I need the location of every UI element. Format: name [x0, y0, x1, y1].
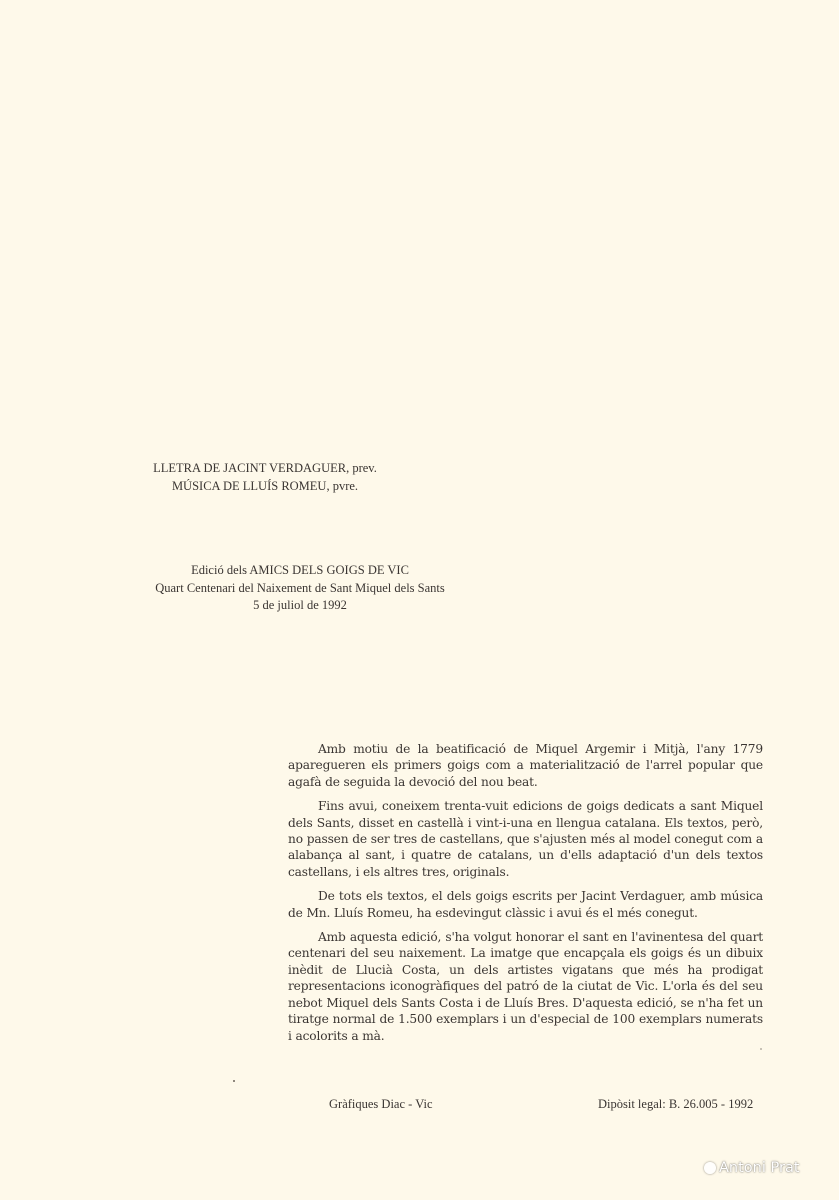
credits-block: LLETRA DE JACINT VERDAGUER, prev. MÚSICA…: [150, 460, 380, 495]
document-page: LLETRA DE JACINT VERDAGUER, prev. MÚSICA…: [0, 0, 839, 1200]
music-credit: MÚSICA DE LLUÍS ROMEU, pvre.: [150, 478, 380, 496]
printer-credit: Gràfiques Diac - Vic: [329, 1097, 433, 1112]
body-text: Amb motiu de la beatificació de Miquel A…: [288, 741, 763, 1052]
paper-speck: [233, 1080, 235, 1082]
watermark: Antoni Prat: [704, 1160, 800, 1176]
edition-occasion: Quart Centenari del Naixement de Sant Mi…: [100, 580, 500, 598]
edition-date: 5 de juliol de 1992: [100, 597, 500, 615]
legal-deposit: Dipòsit legal: B. 26.005 - 1992: [598, 1097, 753, 1112]
paragraph: Fins avui, coneixem trenta-vuit edicions…: [288, 798, 763, 880]
paragraph: Amb aquesta edició, s'ha volgut honorar …: [288, 929, 763, 1044]
copyright-icon: [704, 1162, 716, 1174]
paragraph: De tots els textos, el dels goigs escrit…: [288, 888, 763, 921]
paper-speck: [760, 1048, 762, 1050]
paragraph: Amb motiu de la beatificació de Miquel A…: [288, 741, 763, 790]
watermark-text: Antoni Prat: [719, 1160, 800, 1176]
edition-publisher: Edició dels AMICS DELS GOIGS DE VIC: [100, 562, 500, 580]
lyrics-credit: LLETRA DE JACINT VERDAGUER, prev.: [150, 460, 380, 478]
edition-block: Edició dels AMICS DELS GOIGS DE VIC Quar…: [100, 562, 500, 615]
